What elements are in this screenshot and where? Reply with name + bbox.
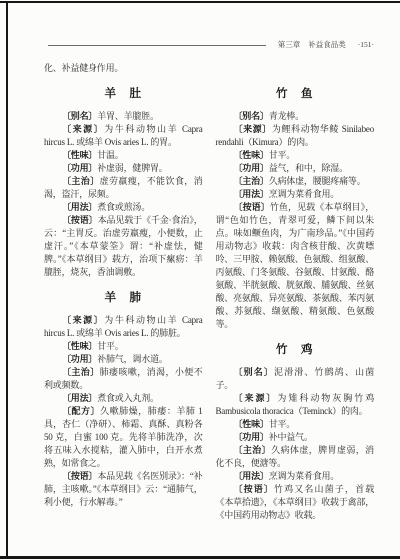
left-articles: 羊 肚〔别名〕羊胃、羊膍胵。〔来源〕为牛科动物山羊 Capra hircus L…	[44, 88, 203, 509]
entry-paragraph: 〔别名〕泥滑滑、竹鹧鸪、山菌子。	[216, 366, 375, 392]
entry-label: 〔功用〕	[62, 163, 97, 173]
entry-text: 竹鱼，见载《本草纲目》，谓“色如竹色，青翠可爱，鳞下间以朱点。味如鳜鱼肉，为广南…	[216, 202, 375, 329]
entry-paragraph: 〔功用〕补肺气，调水道。	[44, 353, 203, 366]
entry-label: 〔用法〕	[234, 471, 269, 481]
entry-text: 烹调为菜肴食用。	[269, 471, 339, 481]
page-border-bottom	[0, 556, 400, 559]
entry-paragraph: 〔按语〕竹鱼，见载《本草纲目》，谓“色如竹色，青翠可爱，鳞下间以朱点。味如鳜鱼肉…	[216, 201, 375, 331]
entry-text: 益气，和中，除湿。	[269, 163, 348, 173]
entry-text: 甘平。	[269, 419, 295, 429]
entry-paragraph: 〔功用〕补虚弱，健脾胃。	[44, 162, 203, 175]
entry-paragraph: 〔性味〕甘平。	[216, 149, 375, 162]
page-number: ·151·	[358, 40, 374, 50]
entry-paragraph: 〔按语〕本品见载《名医别录》：“补肺，主咳嗽。”《本草纲目》云：“通肺气，利小便…	[44, 470, 203, 509]
entry-paragraph: 〔主治〕久病体虚，腰腿疼痛等。	[216, 175, 375, 188]
entry-paragraph: 〔主治〕久病体虚，脾胃虚弱，消化不良，便溏等。	[216, 444, 375, 470]
entry-label: 〔用法〕	[234, 189, 269, 199]
entry-paragraph: 〔主治〕肺痿咳嗽，消渴，小便不利或频数。	[44, 366, 203, 392]
entry-paragraph: 〔性味〕甘平。	[44, 340, 203, 353]
entry-paragraph: 〔配方〕久嗽肺燥，肺痿：羊肺 1 具，杏仁（净研）、柿霜、真酥、真粉各 50 克…	[44, 405, 203, 470]
entry-text: 烹调为菜肴食用。	[269, 189, 339, 199]
right-articles: 竹 鱼〔别名〕青龙棒。〔来源〕为鲤科动物华鲮 Sinilabeo rendahl…	[216, 88, 375, 522]
entry-label: 〔来源〕	[234, 393, 278, 403]
entry-text: 久病体虚，腰腿疼痛等。	[269, 176, 366, 186]
entry-paragraph: 〔来源〕为牛科动物山羊 Capra hircus L. 或绵羊 Ovis ari…	[44, 123, 203, 149]
entry-label: 〔按语〕	[62, 471, 97, 481]
article-title: 羊 肺	[44, 292, 203, 305]
article-title: 羊 肚	[44, 88, 203, 101]
article: 羊 肺〔来源〕为牛科动物山羊 Capra hircus L. 或绵羊 Ovis …	[44, 292, 203, 509]
entry-label: 〔按语〕	[234, 484, 275, 494]
entry-paragraph: 〔来源〕为鲤科动物华鲮 Sinilabeo rendahli（Kimura）的肉…	[216, 123, 375, 149]
entry-label: 〔性味〕	[62, 150, 97, 160]
entry-label: 〔主治〕	[234, 176, 269, 186]
entry-label: 〔别名〕	[234, 111, 269, 121]
entry-label: 〔来源〕	[234, 124, 272, 134]
page-border-left	[6, 1, 8, 558]
entry-label: 〔按语〕	[234, 202, 270, 212]
article-title: 竹 鱼	[216, 88, 375, 101]
entry-text: 补虚弱，健脾胃。	[97, 163, 167, 173]
entry-paragraph: 〔用法〕煮食或煎汤。	[44, 201, 203, 214]
entry-text: 甘平。	[97, 341, 123, 351]
running-header: 第三章 补益食品类 ·151·	[48, 40, 374, 50]
entry-label: 〔用法〕	[62, 202, 97, 212]
entry-label: 〔配方〕	[62, 406, 100, 416]
entry-paragraph: 〔别名〕羊胃、羊膍胵。	[44, 110, 203, 123]
entry-label: 〔性味〕	[62, 341, 97, 351]
entry-label: 〔主治〕	[234, 445, 272, 455]
entry-paragraph: 〔用法〕烹调为菜肴食用。	[216, 470, 375, 483]
entry-paragraph: 〔用法〕煮食或入丸剂。	[44, 392, 203, 405]
entry-label: 〔性味〕	[234, 150, 269, 160]
article: 竹 鸡〔别名〕泥滑滑、竹鹧鸪、山菌子。〔来源〕为雉科动物灰胸竹鸡 Bambusi…	[216, 344, 375, 522]
entry-paragraph: 〔功用〕补中益气。	[216, 431, 375, 444]
entry-paragraph: 〔性味〕甘平。	[216, 418, 375, 431]
entry-paragraph: 〔来源〕为雉科动物灰胸竹鸡 Bambusicola thoracica（Temi…	[216, 392, 375, 418]
entry-label: 〔功用〕	[234, 163, 269, 173]
entry-text: 甘温。	[97, 150, 123, 160]
entry-label: 〔来源〕	[62, 315, 104, 325]
entry-text: 青龙棒。	[269, 111, 304, 121]
entry-paragraph: 〔别名〕青龙棒。	[216, 110, 375, 123]
right-column: 竹 鱼〔别名〕青龙棒。〔来源〕为鲤科动物华鲮 Sinilabeo rendahl…	[216, 62, 375, 552]
entry-paragraph: 〔按语〕本品见载于《千金·食治》，云：“主胃反。治虚劳羸瘦，小便数，止虚汗。”《…	[44, 214, 203, 279]
entry-label: 〔性味〕	[234, 419, 269, 429]
intro-continuation-text: 化、补益健身作用。	[44, 62, 203, 75]
section-label: 补益食品类	[308, 40, 346, 50]
entry-paragraph: 〔功用〕益气，和中，除湿。	[216, 162, 375, 175]
entry-label: 〔来源〕	[62, 124, 104, 134]
entry-label: 〔功用〕	[62, 354, 97, 364]
entry-label: 〔主治〕	[62, 176, 100, 186]
entry-label: 〔按语〕	[62, 215, 98, 225]
header-rule	[48, 45, 266, 46]
book-page: 第三章 补益食品类 ·151· 化、补益健身作用。 羊 肚〔别名〕羊胃、羊膍胵。…	[0, 0, 400, 560]
entry-paragraph: 〔用法〕烹调为菜肴食用。	[216, 188, 375, 201]
entry-label: 〔用法〕	[62, 393, 97, 403]
entry-text: 补肺气，调水道。	[97, 354, 167, 364]
chapter-label: 第三章	[278, 40, 301, 50]
left-column: 化、补益健身作用。 羊 肚〔别名〕羊胃、羊膍胵。〔来源〕为牛科动物山羊 Capr…	[44, 62, 203, 552]
page-border-top	[0, 1, 400, 3]
article-title: 竹 鸡	[216, 344, 375, 357]
entry-text: 羊胃、羊膍胵。	[97, 111, 159, 121]
entry-paragraph: 〔按语〕竹鸡又名山菌子，首载《本草拾遗》，《本草纲目》收载于禽部，《中国药用动物…	[216, 483, 375, 522]
entry-paragraph: 〔性味〕甘温。	[44, 149, 203, 162]
entry-paragraph: 〔来源〕为牛科动物山羊 Capra hircus L. 或绵羊 Ovis ari…	[44, 314, 203, 340]
entry-label: 〔主治〕	[62, 367, 100, 377]
entry-text: 煮食或入丸剂。	[97, 393, 159, 403]
entry-label: 〔别名〕	[234, 367, 275, 377]
entry-text: 补中益气。	[269, 432, 313, 442]
entry-paragraph: 〔主治〕虚劳羸瘦，不能饮食，消渴，盗汗，尿频。	[44, 175, 203, 201]
entry-label: 〔别名〕	[62, 111, 97, 121]
entry-text: 煮食或煎汤。	[97, 202, 150, 212]
page-body: 化、补益健身作用。 羊 肚〔别名〕羊胃、羊膍胵。〔来源〕为牛科动物山羊 Capr…	[44, 62, 374, 552]
article: 竹 鱼〔别名〕青龙棒。〔来源〕为鲤科动物华鲮 Sinilabeo rendahl…	[216, 88, 375, 331]
entry-text: 甘平。	[269, 150, 295, 160]
entry-label: 〔功用〕	[234, 432, 269, 442]
article: 羊 肚〔别名〕羊胃、羊膍胵。〔来源〕为牛科动物山羊 Capra hircus L…	[44, 88, 203, 279]
